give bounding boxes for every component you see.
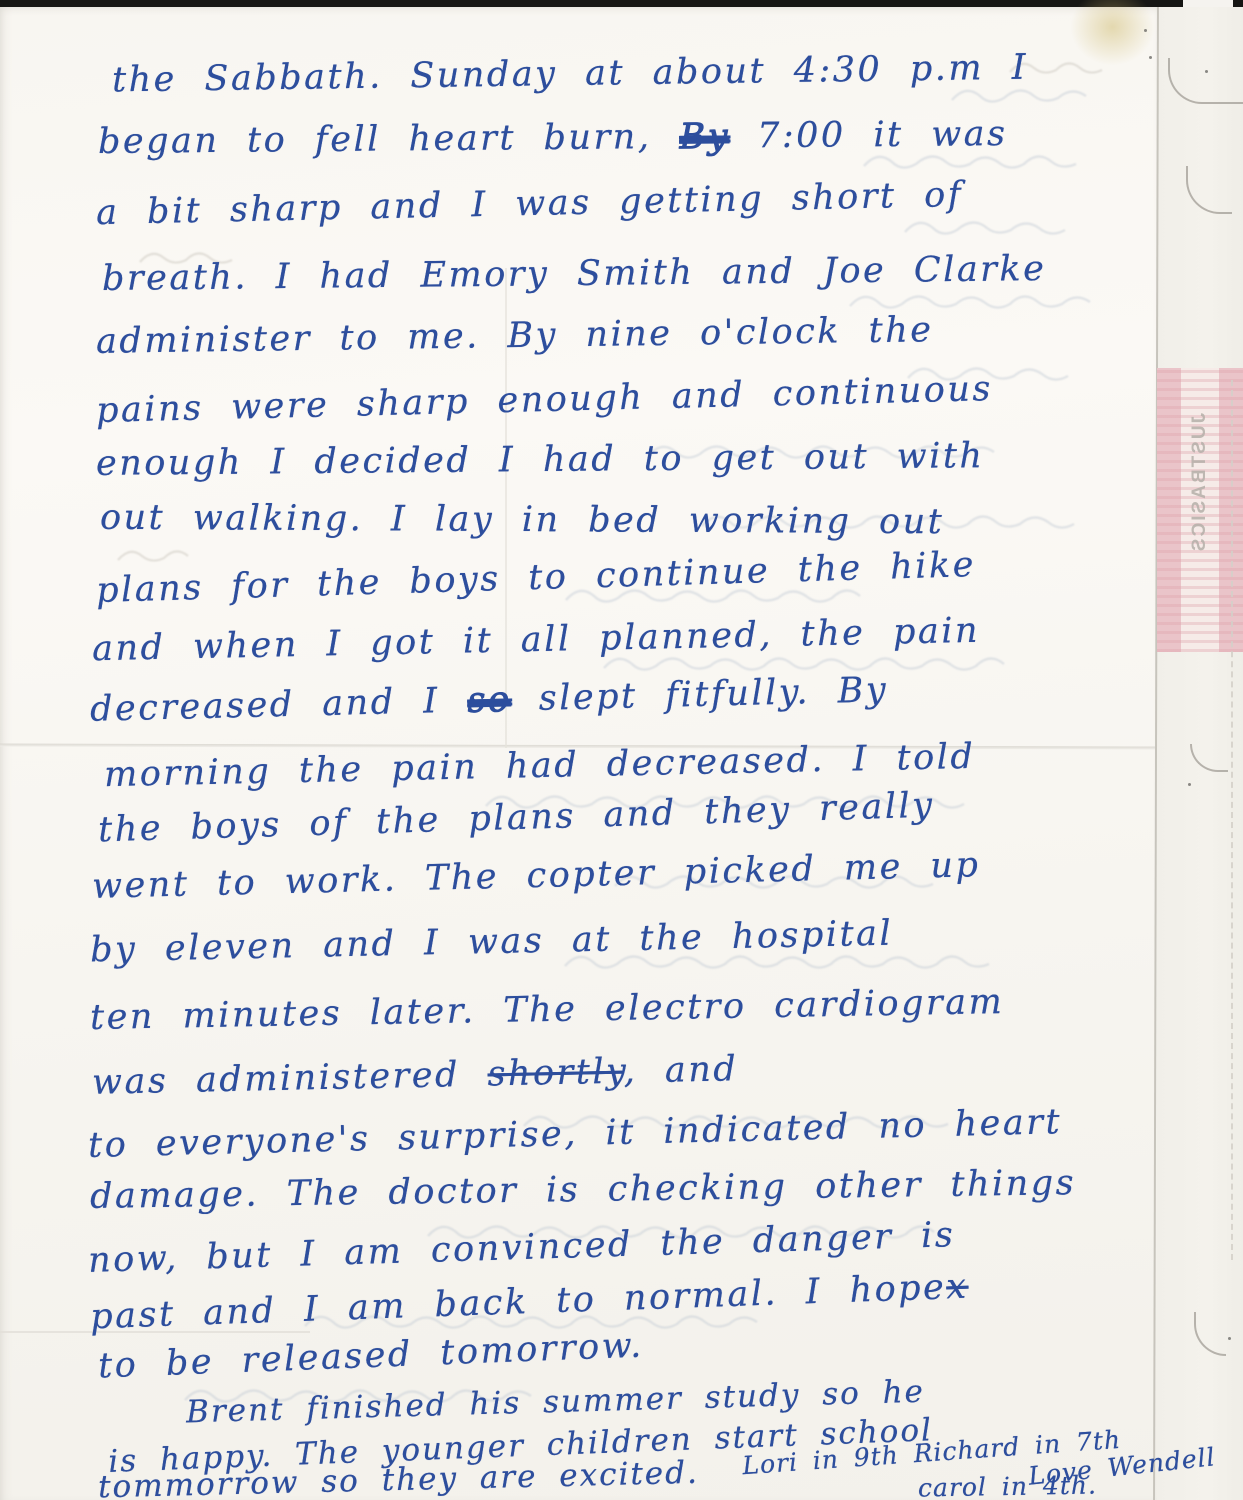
line-segment: 7:00 it was — [729, 114, 1007, 156]
crossed-out-word: so — [467, 679, 512, 720]
crossed-out-letter: x — [946, 1267, 970, 1308]
crossed-out-word: By — [679, 116, 730, 156]
letter-line: began to fell heart burn, By 7:00 it was — [98, 114, 1008, 162]
line-segment: , and — [623, 1049, 738, 1091]
crossed-out-word: shortly — [487, 1052, 624, 1095]
line-segment: was administered — [92, 1054, 488, 1102]
letter-line: enough I decided I had to get out with — [96, 436, 985, 484]
letter-line: out walking. I lay in bed working out — [100, 498, 944, 542]
line-segment: began to fell heart burn, — [98, 117, 679, 162]
scanned-letter-page: JUSTBASICS — [0, 0, 1243, 1500]
